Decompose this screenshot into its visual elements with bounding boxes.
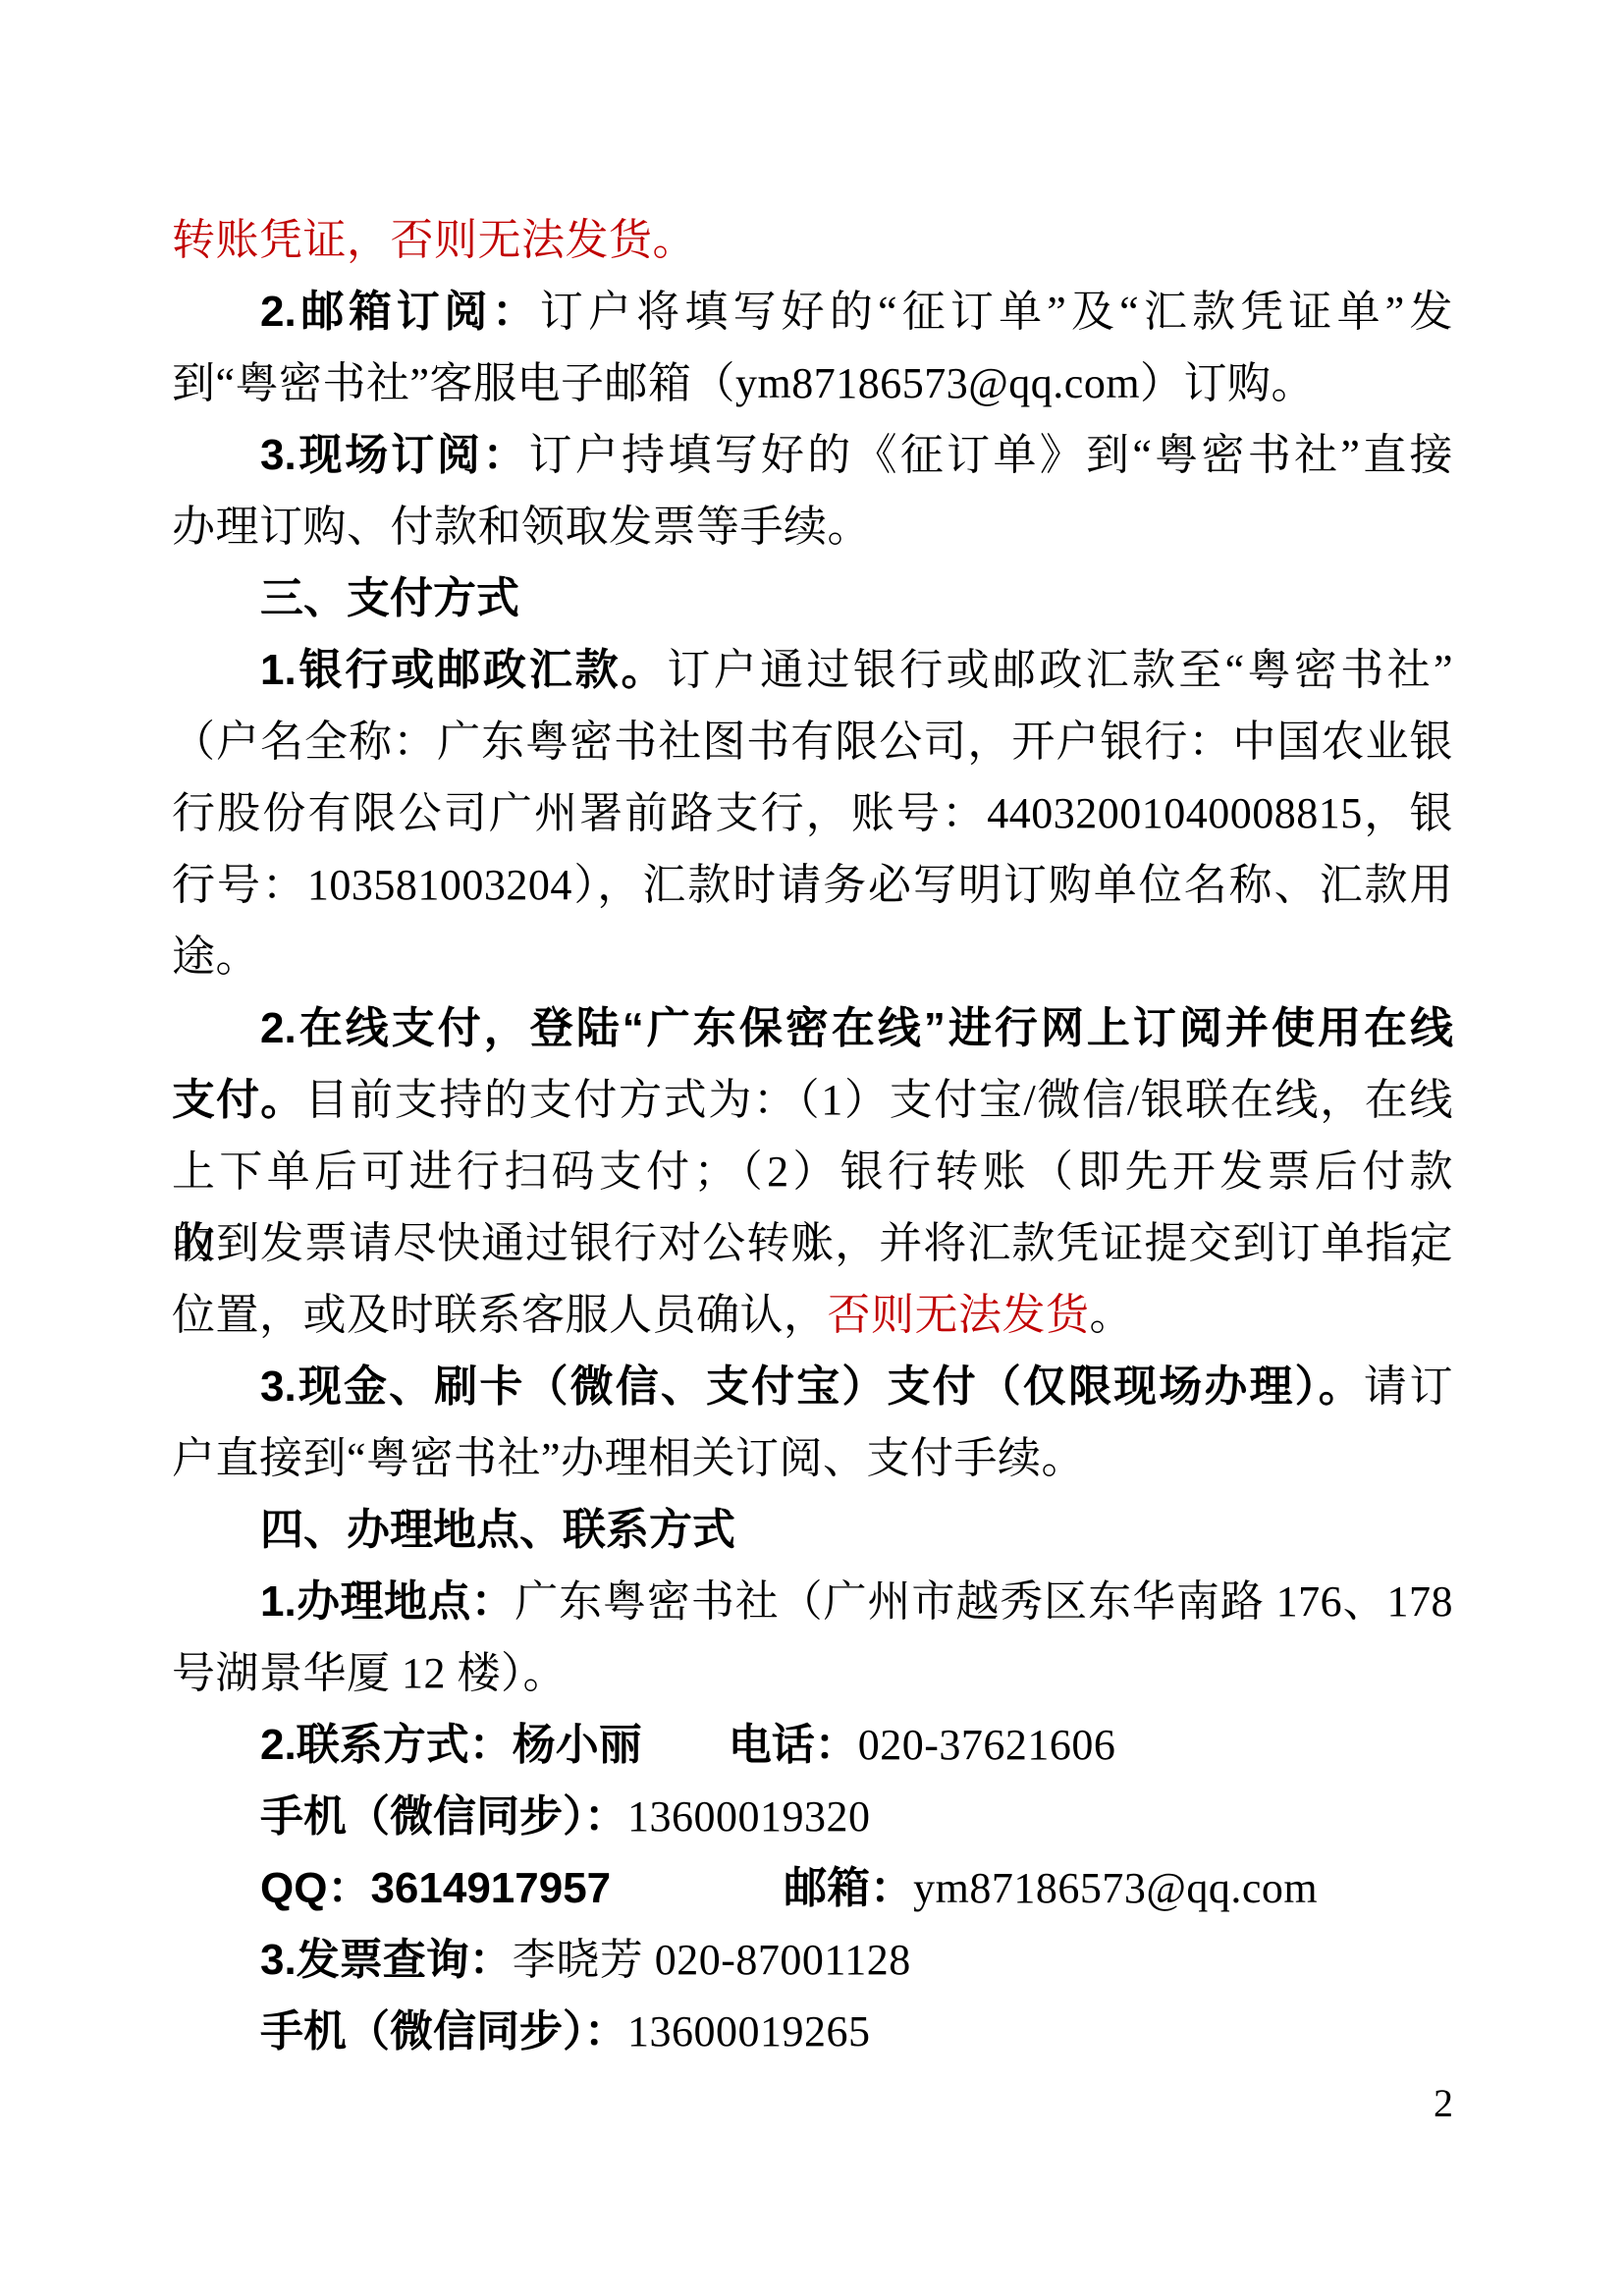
item-online-payment-cont-4: 位置，或及时联系客服人员确认，否则无法发货。 (172, 1279, 1453, 1351)
item-text: 号湖景华厦 12 楼）。 (172, 1649, 567, 1697)
item-text: 行号：103581003204），汇款时请务必写明订购单位名称、汇款用 (172, 861, 1453, 909)
phone-number: 020-37621606 (858, 1721, 1116, 1769)
item-text: 位置，或及时联系客服人员确认， (172, 1291, 828, 1339)
item-label: QQ：3614917957 邮箱： (260, 1864, 913, 1912)
item-text: 。 (1090, 1291, 1134, 1339)
item-label: 手机（微信同步）： (260, 1792, 627, 1841)
item-office-location-cont: 号湖景华厦 12 楼）。 (172, 1637, 1453, 1709)
page-number: 2 (172, 2067, 1453, 2139)
item-bank-remittance-cont-4: 途。 (172, 921, 1453, 992)
item-label: 3.现金、刷卡（微信、支付宝）支付（仅限现场办理）。 (260, 1362, 1364, 1411)
item-text: 李晓芳 020-87001128 (513, 1936, 911, 1984)
item-office-location: 1.办理地点：广东粤密书社（广州市越秀区东华南路 176、178 (172, 1566, 1453, 1637)
item-qq-email: QQ：3614917957 邮箱：ym87186573@qq.com (172, 1852, 1453, 1924)
item-text: 到“粤密书社”客服电子邮箱（ym87186573@qq.com）订购。 (172, 359, 1315, 407)
section-heading-location-contact: 四、办理地点、联系方式 (172, 1494, 1453, 1566)
item-online-payment-cont-1: 支付。目前支持的支付方式为：（1）支付宝/微信/银联在线，在线 (172, 1064, 1453, 1136)
item-cash-card-payment-cont: 户直接到“粤密书社”办理相关订阅、支付手续。 (172, 1422, 1453, 1494)
item-online-payment-cont-3: 收到发票请尽快通过银行对公转账，并将汇款凭证提交到订单指定 (172, 1207, 1453, 1279)
item-label: 1.办理地点： (260, 1577, 514, 1626)
item-mobile-wechat-2: 手机（微信同步）：13600019265 (172, 1996, 1453, 2067)
item-invoice-inquiry: 3.发票查询：李晓芳 020-87001128 (172, 1924, 1453, 1996)
item-label: 2.在线支付，登陆“广东保密在线”进行网上订阅并使用在线 (260, 1004, 1453, 1052)
item-label: 3.现场订阅： (260, 431, 528, 479)
item-text: 订户将填写好的“征订单”及“汇款凭证单”发 (540, 288, 1453, 336)
item-onsite-subscription-cont: 办理订购、付款和领取发票等手续。 (172, 491, 1453, 562)
item-bank-remittance-cont-1: （户名全称：广东粤密书社图书有限公司，开户银行：中国农业银 (172, 706, 1453, 777)
item-label: 3.发票查询： (260, 1936, 513, 1984)
item-text: （户名全称：广东粤密书社图书有限公司，开户银行：中国农业银 (172, 718, 1453, 766)
item-email-subscription-cont: 到“粤密书社”客服电子邮箱（ym87186573@qq.com）订购。 (172, 347, 1453, 419)
item-text: 户直接到“粤密书社”办理相关订阅、支付手续。 (172, 1434, 1085, 1482)
red-warning-text: 否则无法发货 (828, 1291, 1090, 1339)
item-text: 收到发票请尽快通过银行对公转账，并将汇款凭证提交到订单指定 (172, 1219, 1453, 1267)
mobile-number: 13600019320 (627, 1792, 871, 1841)
section-heading-payment: 三、支付方式 (172, 562, 1453, 634)
mobile-number: 13600019265 (627, 2007, 871, 2056)
item-bank-remittance: 1.银行或邮政汇款。订户通过银行或邮政汇款至“粤密书社” (172, 634, 1453, 706)
item-label: 2.邮箱订阅： (260, 288, 540, 336)
item-cash-card-payment: 3.现金、刷卡（微信、支付宝）支付（仅限现场办理）。请订 (172, 1351, 1453, 1422)
item-onsite-subscription: 3.现场订阅：订户持填写好的《征订单》到“粤密书社”直接 (172, 419, 1453, 491)
item-text: 请订 (1364, 1362, 1453, 1411)
item-label: 支付。 (172, 1076, 304, 1124)
item-label: 2.联系方式：杨小丽 电话： (260, 1721, 858, 1769)
email-address: ym87186573@qq.com (913, 1864, 1318, 1912)
item-bank-remittance-cont-2: 行股份有限公司广州署前路支行，账号：44032001040008815，银行 (172, 777, 1453, 849)
item-mobile-wechat-1: 手机（微信同步）：13600019320 (172, 1781, 1453, 1852)
item-label: 手机（微信同步）： (260, 2007, 627, 2056)
item-text: 目前支持的支付方式为：（1）支付宝/微信/银联在线，在线 (304, 1076, 1453, 1124)
item-label: 1.银行或邮政汇款。 (260, 646, 667, 694)
item-text: 办理订购、付款和领取发票等手续。 (172, 503, 871, 551)
item-online-payment: 2.在线支付，登陆“广东保密在线”进行网上订阅并使用在线 (172, 992, 1453, 1064)
paragraph-continuation-red: 转账凭证，否则无法发货。 (172, 204, 1453, 276)
item-email-subscription: 2.邮箱订阅：订户将填写好的“征订单”及“汇款凭证单”发 (172, 276, 1453, 347)
red-warning-text: 转账凭证，否则无法发货。 (172, 216, 696, 264)
document-page: 转账凭证，否则无法发货。 2.邮箱订阅：订户将填写好的“征订单”及“汇款凭证单”… (0, 0, 1624, 2296)
item-text: 途。 (172, 933, 259, 981)
item-text: 广东粤密书社（广州市越秀区东华南路 176、178 (514, 1577, 1453, 1626)
item-bank-remittance-cont-3: 行号：103581003204），汇款时请务必写明订购单位名称、汇款用 (172, 849, 1453, 921)
heading-text: 三、支付方式 (260, 574, 519, 622)
item-text: 订户持填写好的《征订单》到“粤密书社”直接 (528, 431, 1453, 479)
item-contact-person: 2.联系方式：杨小丽 电话：020-37621606 (172, 1709, 1453, 1781)
item-online-payment-cont-2: 上下单后可进行扫码支付；（2）银行转账（即先开发票后付款的）， (172, 1136, 1453, 1207)
item-text: 订户通过银行或邮政汇款至“粤密书社” (667, 646, 1453, 694)
heading-text: 四、办理地点、联系方式 (260, 1506, 735, 1554)
